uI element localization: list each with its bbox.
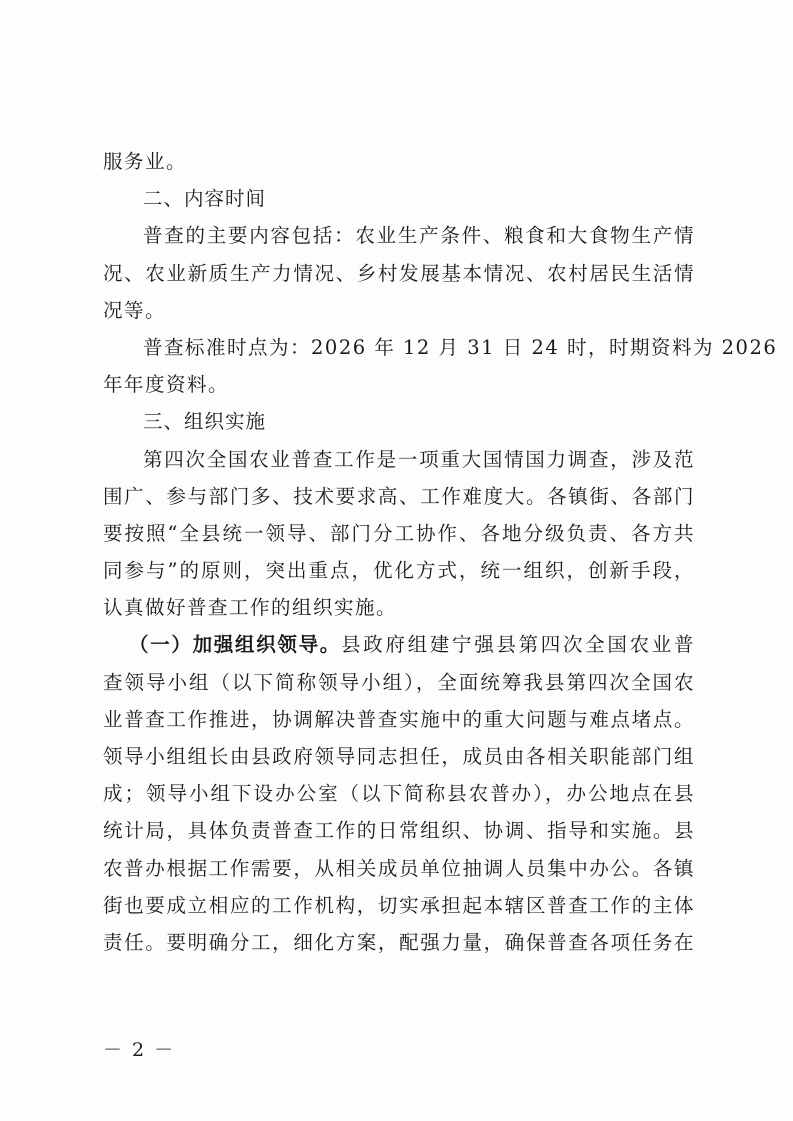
continuation-line: 服务业。 [103, 143, 695, 180]
paragraph-line: 况等。 [103, 292, 695, 329]
paragraph-line: 统计局，具体负责普查工作的日常组织、协调、指导和实施。县 [103, 812, 695, 849]
paragraph-line: 普查的主要内容包括：农业生产条件、粮食和大食物生产情 [103, 217, 695, 254]
paragraph-line: 认真做好普查工作的组织实施。 [103, 589, 695, 626]
paragraph-line: 要按照“全县统一领导、部门分工协作、各地分级负责、各方共 [103, 515, 695, 552]
paragraph-line: 年年度资料。 [103, 366, 695, 403]
paragraph-line: 第四次全国农业普查工作是一项重大国情国力调查，涉及范 [103, 441, 695, 478]
paragraph-line: 同参与”的原则，突出重点，优化方式，统一组织，创新手段， [103, 552, 695, 589]
paragraph-line: 成；领导小组下设办公室（以下简称县农普办），办公地点在县 [103, 775, 695, 812]
paragraph-survey-content: 普查的主要内容包括：农业生产条件、粮食和大食物生产情 况、农业新质生产力情况、乡… [103, 217, 695, 329]
page-number: － 2 － [103, 1035, 175, 1062]
paragraph-line: 业普查工作推进，协调解决普查实施中的重大问题与难点堵点。 [103, 701, 695, 738]
paragraph-line: 领导小组组长由县政府领导同志担任，成员由各相关职能部门组 [103, 738, 695, 775]
document-page: 服务业。 二、内容时间 普查的主要内容包括：农业生产条件、粮食和大食物生产情 况… [0, 0, 793, 1121]
paragraph-standard-time: 普查标准时点为：2026 年 12 月 31 日 24 时，时期资料为 2026… [103, 329, 695, 403]
paragraph-line: 况、农业新质生产力情况、乡村发展基本情况、农村居民生活情 [103, 255, 695, 292]
paragraph-line: 普查标准时点为：2026 年 12 月 31 日 24 时，时期资料为 2026 [103, 329, 695, 366]
subsection-title: （一）加强组织领导。 [129, 633, 341, 656]
paragraph-line: 查领导小组（以下简称领导小组），全面统筹我县第四次全国农 [103, 664, 695, 701]
paragraph-organization-intro: 第四次全国农业普查工作是一项重大国情国力调查，涉及范 围广、参与部门多、技术要求… [103, 441, 695, 627]
paragraph-line: 农普办根据工作需要，从相关成员单位抽调人员集中办公。各镇 [103, 850, 695, 887]
paragraph-line: 责任。要明确分工，细化方案，配强力量，确保普查各项任务在 [103, 924, 695, 961]
document-body: 服务业。 二、内容时间 普查的主要内容包括：农业生产条件、粮食和大食物生产情 况… [103, 143, 695, 961]
subsection-first-line: （一）加强组织领导。县政府组建宁强县第四次全国农业普 [103, 626, 695, 663]
subsection-leadership: （一）加强组织领导。县政府组建宁强县第四次全国农业普 查领导小组（以下简称领导小… [103, 626, 695, 961]
paragraph-line: 街也要成立相应的工作机构，切实承担起本辖区普查工作的主体 [103, 887, 695, 924]
subsection-first-line-text: 县政府组建宁强县第四次全国农业普 [341, 633, 695, 656]
section-heading-organization: 三、组织实施 [103, 403, 695, 440]
section-heading-content-time: 二、内容时间 [103, 180, 695, 217]
paragraph-line: 围广、参与部门多、技术要求高、工作难度大。各镇街、各部门 [103, 478, 695, 515]
